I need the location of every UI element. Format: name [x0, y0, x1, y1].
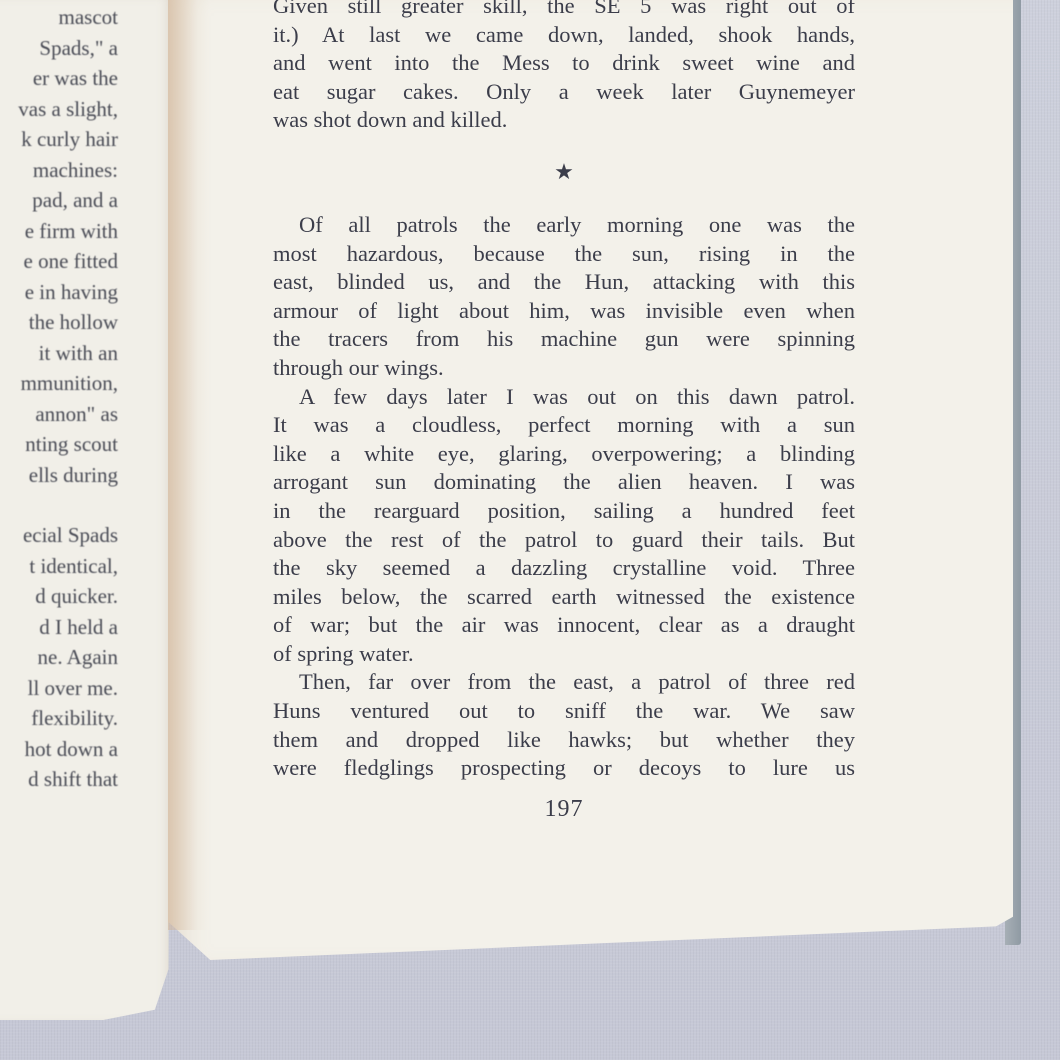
text-line: armour of light about him, was invisible… — [273, 297, 855, 326]
left-page-text: mascot Spads," a er was the vas a slight… — [0, 0, 118, 795]
left-line: hot down a — [0, 734, 118, 765]
text-line: the tracers from his machine gun were sp… — [273, 325, 855, 354]
text-line: of spring water. — [273, 640, 855, 669]
left-page: mascot Spads," a er was the vas a slight… — [0, 0, 172, 1020]
left-line: vas a slight, — [0, 94, 118, 125]
text-line: like a white eye, glaring, overpowering;… — [273, 440, 855, 469]
left-line: e one fitted — [0, 246, 118, 277]
text-line: and went into the Mess to drink sweet wi… — [273, 49, 855, 78]
left-line: ll over me. — [0, 673, 118, 704]
left-line: e firm with — [0, 216, 118, 247]
right-page-text: Given still greater skill, the SE 5 was … — [273, 0, 855, 823]
text-line: the sky seemed a dazzling crystalline vo… — [273, 554, 855, 583]
text-line: them and dropped like hawks; but whether… — [273, 726, 855, 755]
left-line: Spads," a — [0, 33, 118, 64]
book-gutter — [168, 0, 210, 930]
continued-paragraph: Given still greater skill, the SE 5 was … — [273, 0, 855, 135]
left-line: pad, and a — [0, 185, 118, 216]
left-line: machines: — [0, 155, 118, 186]
paragraph-dawn-patrols: Of all patrols the early morning one was… — [273, 211, 855, 383]
section-break-asterisk: ★ — [273, 157, 855, 187]
left-line: annon" as — [0, 399, 118, 430]
text-line: through our wings. — [273, 354, 855, 383]
left-line: nting scout — [0, 429, 118, 460]
text-line: It was a cloudless, perfect morning with… — [273, 411, 855, 440]
left-line: e in having — [0, 277, 118, 308]
left-line: it with an — [0, 338, 118, 369]
text-line: eat sugar cakes. Only a week later Guyne… — [273, 78, 855, 107]
left-line: mmunition, — [0, 368, 118, 399]
text-line: Given still greater skill, the SE 5 was … — [273, 0, 855, 21]
text-line: of war; but the air was innocent, clear … — [273, 611, 855, 640]
paragraph-few-days-later: A few days later I was out on this dawn … — [273, 383, 855, 669]
left-line: ecial Spads — [0, 520, 118, 551]
text-line: Huns ventured out to sniff the war. We s… — [273, 697, 855, 726]
text-line: in the rearguard position, sailing a hun… — [273, 497, 855, 526]
text-line: it.) At last we came down, landed, shook… — [273, 21, 855, 50]
text-line: most hazardous, because the sun, rising … — [273, 240, 855, 269]
left-line: ells during — [0, 460, 118, 491]
text-line: miles below, the scarred earth witnessed… — [273, 583, 855, 612]
text-line: Of all patrols the early morning one was… — [273, 211, 855, 240]
left-line: t identical, — [0, 551, 118, 582]
left-line: d I held a — [0, 612, 118, 643]
left-line: d quicker. — [0, 581, 118, 612]
left-line: the hollow — [0, 307, 118, 338]
text-line: above the rest of the patrol to guard th… — [273, 526, 855, 555]
left-line: mascot — [0, 2, 118, 33]
text-line: arrogant sun dominating the alien heaven… — [273, 468, 855, 497]
left-line: ne. Again — [0, 642, 118, 673]
page-number: 197 — [273, 795, 855, 824]
text-line: were fledglings prospecting or decoys to… — [273, 754, 855, 783]
left-line: d shift that — [0, 764, 118, 795]
text-line: A few days later I was out on this dawn … — [273, 383, 855, 412]
left-blank-line — [0, 490, 118, 520]
text-line: Then, far over from the east, a patrol o… — [273, 668, 855, 697]
text-line: east, blinded us, and the Hun, attacking… — [273, 268, 855, 297]
left-line: k curly hair — [0, 124, 118, 155]
text-line: was shot down and killed. — [273, 106, 855, 135]
left-line: er was the — [0, 63, 118, 94]
left-line: flexibility. — [0, 703, 118, 734]
paragraph-red-huns: Then, far over from the east, a patrol o… — [273, 668, 855, 782]
